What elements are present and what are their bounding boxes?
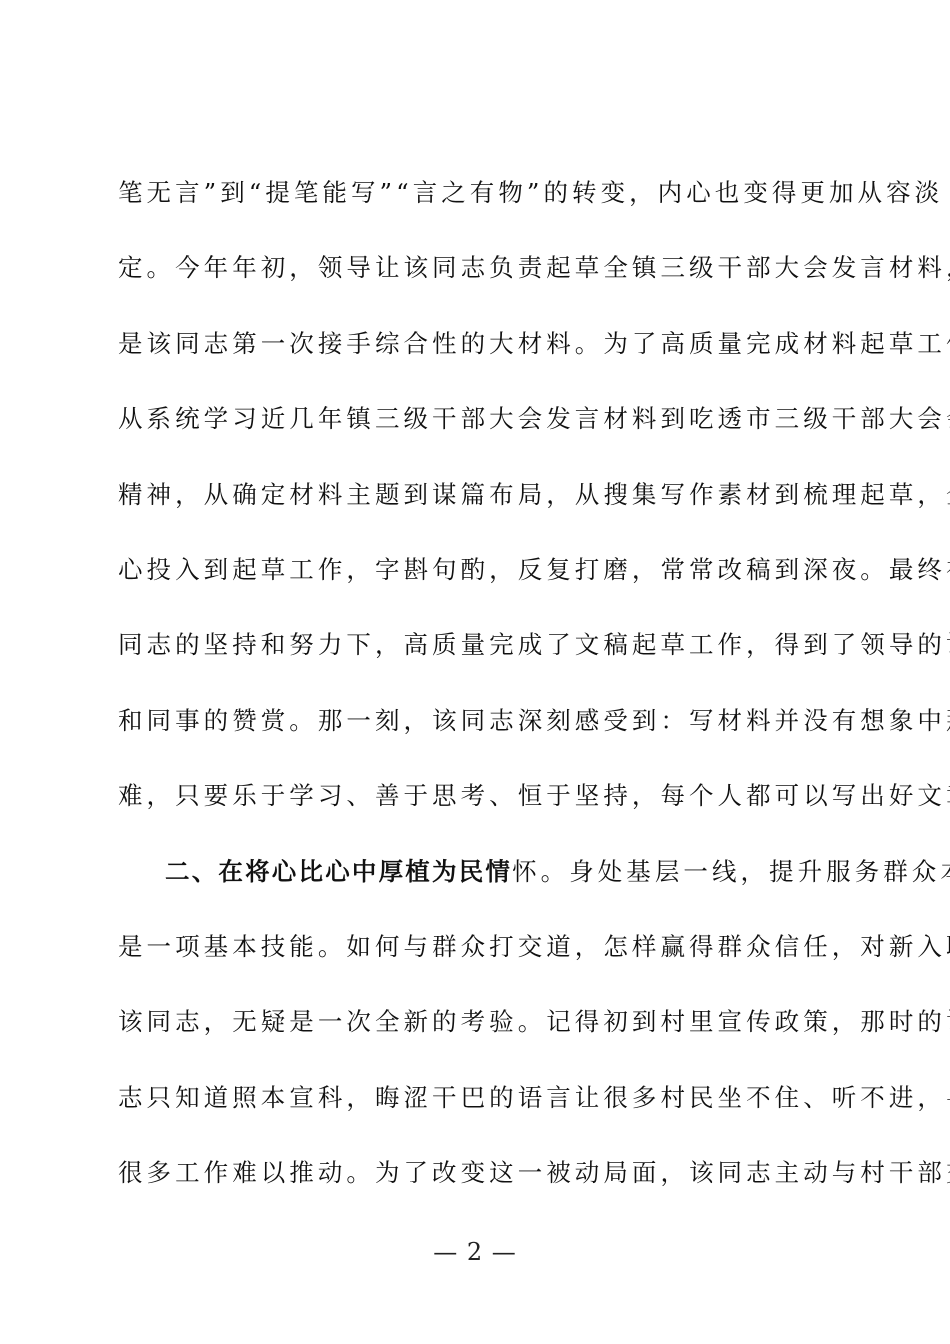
body-line: 笔无言”到“提笔能写”“言之有物”的转变，内心也变得更加从容淡: [118, 170, 834, 245]
document-body: 笔无言”到“提笔能写”“言之有物”的转变，内心也变得更加从容淡 定。今年年初，领…: [118, 170, 834, 1225]
body-line: 志只知道照本宣科，晦涩干巴的语言让很多村民坐不住、听不进，导致: [118, 1075, 834, 1150]
body-line: 该同志，无疑是一次全新的考验。记得初到村里宣传政策，那时的该同: [118, 999, 834, 1074]
section-heading-continuation: 怀。身处基层一线，提升服务群众本领: [512, 857, 950, 886]
body-line: 从系统学习近几年镇三级干部大会发言材料到吃透市三级干部大会会议: [118, 396, 834, 471]
body-line: 定。今年年初，领导让该同志负责起草全镇三级干部大会发言材料，这: [118, 245, 834, 320]
body-line: 心投入到起草工作，字斟句酌，反复打磨，常常改稿到深夜。最终在该: [118, 547, 834, 622]
body-line: 难，只要乐于学习、善于思考、恒于坚持，每个人都可以写出好文章。: [118, 773, 834, 848]
page-number: — 2 —: [0, 1238, 950, 1266]
body-line: 和同事的赞赏。那一刻，该同志深刻感受到：写材料并没有想象中那么: [118, 698, 834, 773]
body-line: 同志的坚持和努力下，高质量完成了文稿起草工作，得到了领导的认可: [118, 622, 834, 697]
body-line: 精神，从确定材料主题到谋篇布局，从搜集写作素材到梳理起草，全身: [118, 472, 834, 547]
body-line: 是一项基本技能。如何与群众打交道，怎样赢得群众信任，对新入职的: [118, 924, 834, 999]
body-line: 很多工作难以推动。为了改变这一被动局面，该同志主动与村干部交: [118, 1150, 834, 1225]
document-page: 笔无言”到“提笔能写”“言之有物”的转变，内心也变得更加从容淡 定。今年年初，领…: [0, 0, 950, 1344]
body-line: 是该同志第一次接手综合性的大材料。为了高质量完成材料起草工作，: [118, 321, 834, 396]
section-heading-line: 二、在将心比心中厚植为民情怀。身处基层一线，提升服务群众本领: [118, 849, 834, 924]
section-heading: 二、在将心比心中厚植为民情: [165, 857, 512, 886]
